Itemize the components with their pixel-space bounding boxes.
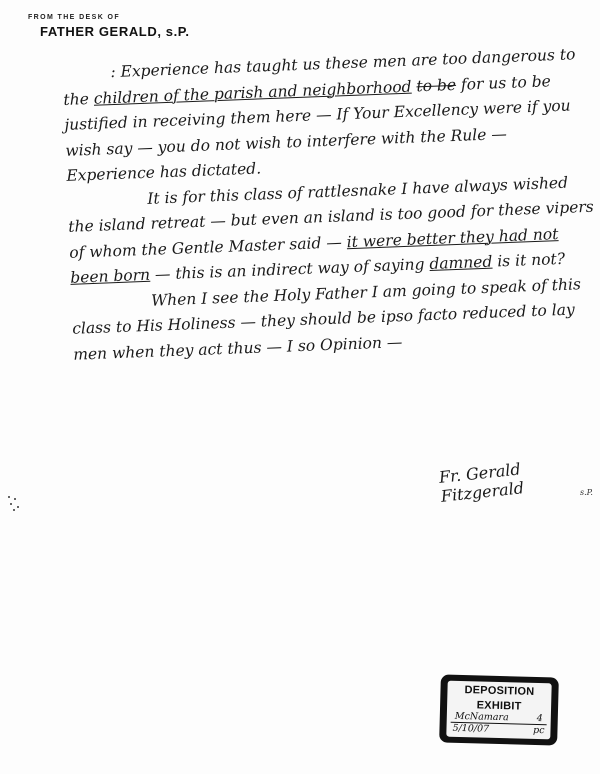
- exhibit-witness-name: McNamara: [455, 711, 509, 723]
- margin-marks: [6, 494, 22, 512]
- exhibit-date-line: 5/10/07 pc: [446, 723, 550, 737]
- letterhead-from-line: FROM THE DESK OF: [28, 14, 190, 21]
- signature: Fr. Gerald Fitzgerald: [438, 451, 600, 506]
- struck-text: to be: [416, 75, 456, 95]
- exhibit-initials: pc: [533, 725, 545, 736]
- letter-text: is it not?: [492, 250, 565, 271]
- underlined-text: damned: [429, 253, 493, 273]
- letter-paragraph-1: : Experience has taught us these men are…: [62, 42, 595, 190]
- exhibit-number: 4: [537, 713, 543, 724]
- letterhead-name: FATHER GERALD, s.P.: [40, 24, 190, 39]
- exhibit-title-line1: DEPOSITION: [447, 685, 551, 699]
- exhibit-sticker-label: DEPOSITION EXHIBIT McNamara 4 5/10/07 pc: [446, 681, 551, 740]
- letter-text: It is for this class of rattlesnake I ha…: [68, 173, 594, 261]
- underlined-text: children of the parish and neighborhood: [93, 77, 411, 107]
- exhibit-date: 5/10/07: [452, 723, 489, 735]
- letter-paragraph-2: It is for this class of rattlesnake I ha…: [67, 169, 599, 291]
- deposition-exhibit-sticker: DEPOSITION EXHIBIT McNamara 4 5/10/07 pc: [439, 674, 559, 745]
- letterhead: FROM THE DESK OF FATHER GERALD, s.P.: [26, 14, 190, 39]
- handwritten-letter-body: : Experience has taught us these men are…: [62, 42, 600, 368]
- signature-suffix: s.P.: [580, 488, 593, 497]
